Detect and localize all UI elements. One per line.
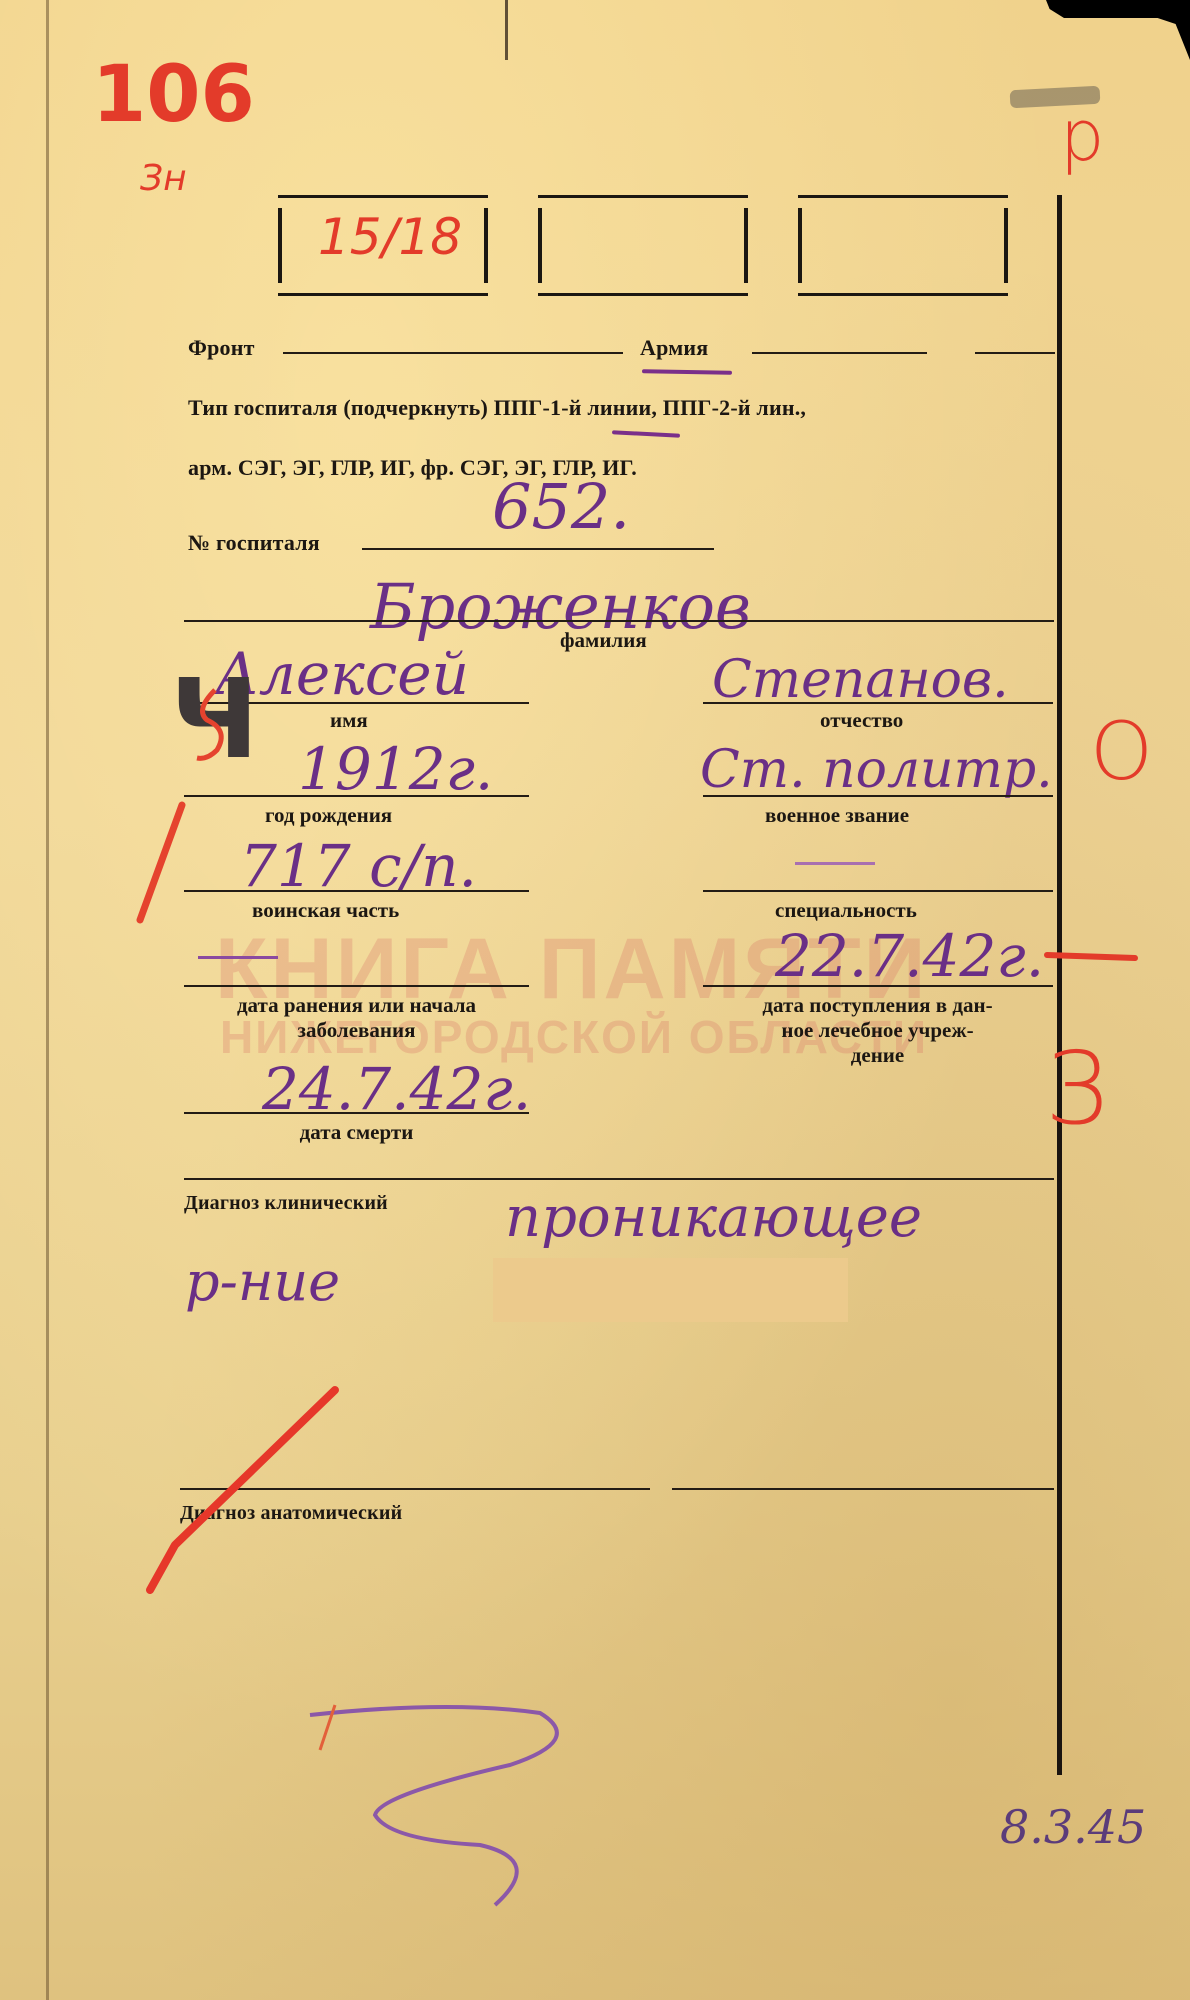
surname-label: фамилия xyxy=(560,628,647,653)
death-date-label: дата смерти xyxy=(184,1120,529,1145)
rank-line xyxy=(703,795,1053,797)
admission-date-line xyxy=(703,985,1053,987)
front-label: Фронт xyxy=(188,335,255,361)
index-box-2 xyxy=(538,195,748,296)
index-box-3 xyxy=(798,195,1008,296)
pencil-mark: Ч xyxy=(170,655,259,783)
patronymic-line xyxy=(703,702,1053,704)
death-date-line xyxy=(184,1112,529,1114)
rank-value: Ст. политр. xyxy=(700,740,1053,800)
surname-line xyxy=(184,620,1054,622)
specialty-value: — xyxy=(795,862,875,865)
clinical-dx-value-2: р-ние xyxy=(185,1250,340,1313)
name-label: имя xyxy=(330,708,368,733)
birth-year-line xyxy=(184,795,529,797)
index-box-1-value: 15/18 xyxy=(318,208,462,266)
admission-label-2: ное лечебное учреж- xyxy=(700,1018,1055,1043)
margin-mark-1: О xyxy=(1090,705,1153,798)
clinical-dx-label: Диагноз клинический xyxy=(184,1192,388,1215)
form-right-border xyxy=(1057,195,1062,1775)
admission-label-1: дата поступления в дан- xyxy=(700,993,1055,1018)
hospital-no-value: 652. xyxy=(492,470,630,543)
wound-date-line xyxy=(184,985,529,987)
signature-date-note: 8.3.45 xyxy=(1000,1800,1146,1854)
admission-date-value: 22.7.42г. xyxy=(775,922,1044,990)
hospital-no-label: № госпиталя xyxy=(188,530,320,556)
front-line xyxy=(283,352,623,354)
unit-line xyxy=(184,890,529,892)
patronymic-label: отчество xyxy=(820,708,903,733)
margin-mark-3: З xyxy=(1045,1030,1109,1147)
army-line xyxy=(752,352,927,354)
patronymic-value: Степанов. xyxy=(712,650,1009,710)
rank-label: военное звание xyxy=(765,803,909,828)
wound-date-label-2: заболевания xyxy=(184,1018,529,1043)
index-box-1: 15/18 xyxy=(278,195,488,296)
wound-date-label-1: дата ранения или начала xyxy=(184,993,529,1018)
top-right-mark: р xyxy=(1060,95,1104,177)
anatomical-dx-line-left xyxy=(180,1488,650,1490)
hospital-no-line xyxy=(362,548,714,550)
paper-fold-left xyxy=(46,0,49,2000)
anatomical-dx-line-right xyxy=(672,1488,1054,1490)
archive-number: 106 xyxy=(92,50,255,140)
birth-year-value: 1912г. xyxy=(298,735,493,803)
army-line-end xyxy=(975,352,1055,354)
army-label: Армия xyxy=(640,335,708,361)
clinical-dx-top-line xyxy=(184,1178,1054,1180)
hospital-type-line-1: Тип госпиталя (подчеркнуть) ППГ-1-й лини… xyxy=(188,395,806,421)
wound-date-value: — xyxy=(198,956,278,959)
anatomical-dx-label: Диагноз анатомический xyxy=(180,1502,402,1525)
archive-initials: Зн xyxy=(140,158,187,199)
admission-label-3: дение xyxy=(700,1043,1055,1068)
specialty-line xyxy=(703,890,1053,892)
clinical-dx-value-1: проникающее xyxy=(505,1185,922,1250)
redacted-area xyxy=(493,1258,848,1322)
paper-tear-top xyxy=(505,0,508,60)
birth-year-label: год рождения xyxy=(265,803,392,828)
